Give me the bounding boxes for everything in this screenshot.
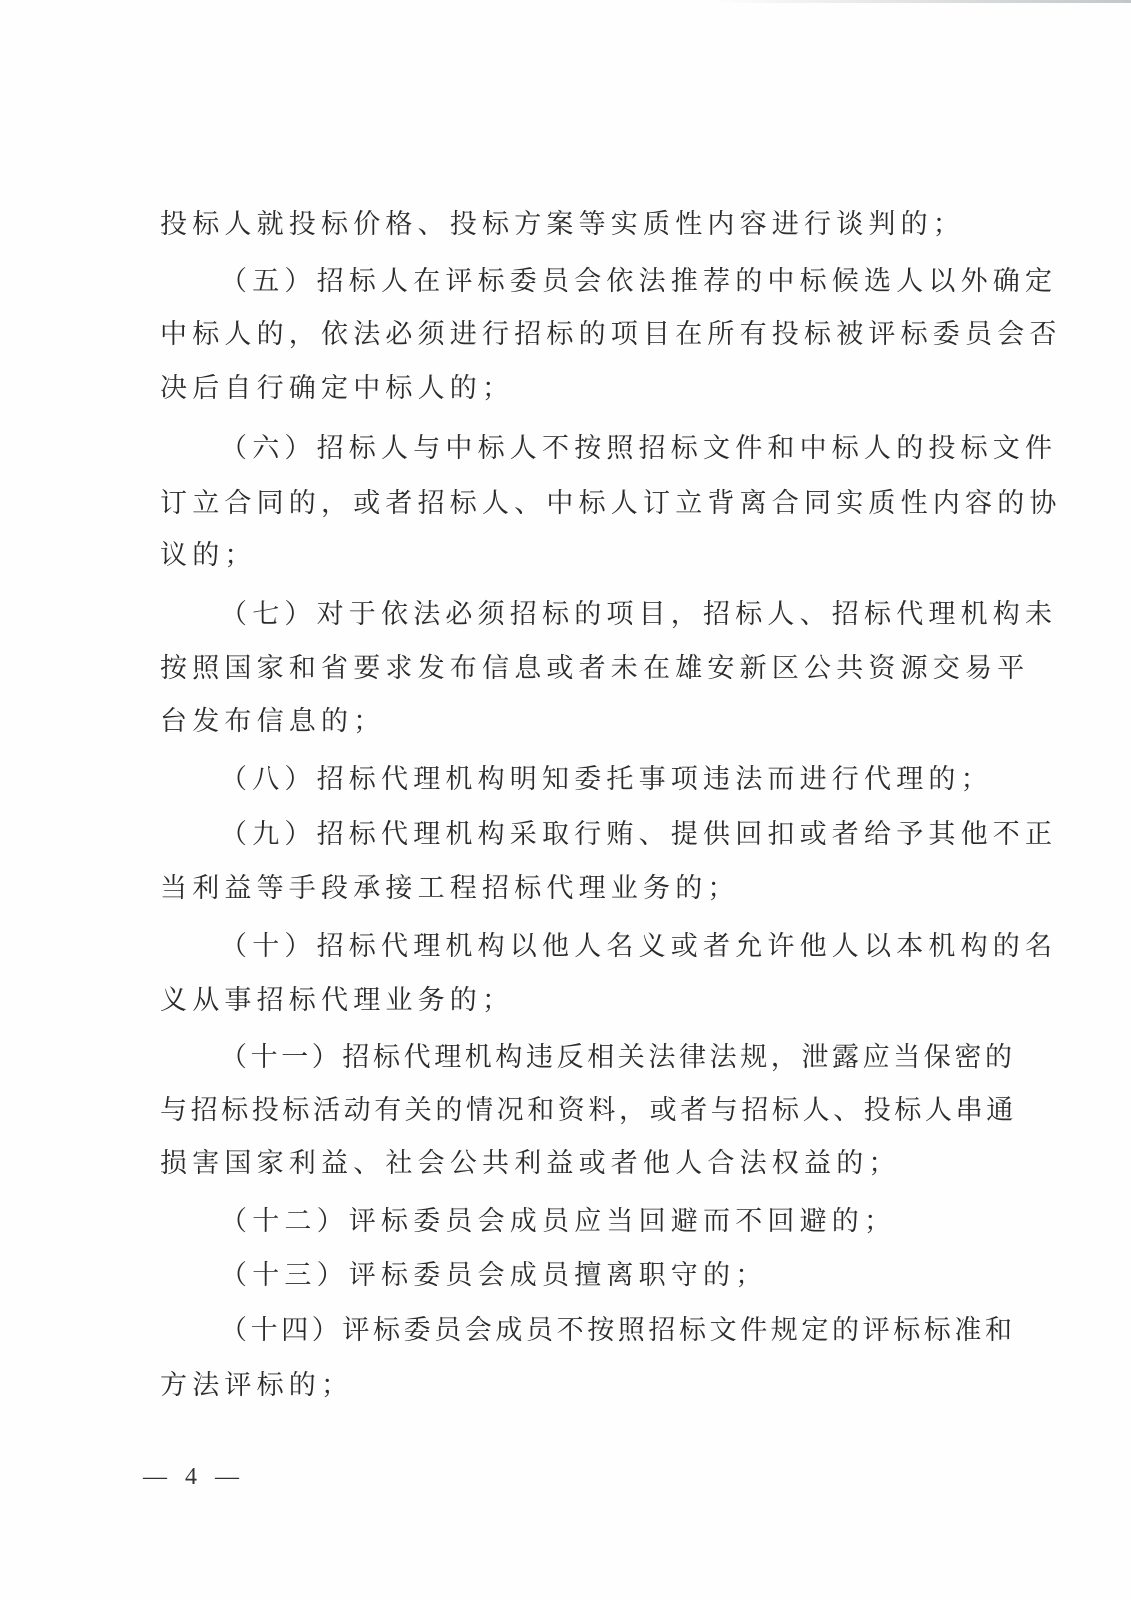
- item-7-line-3: 台发布信息的；: [160, 705, 990, 739]
- item-10-line-1: （十）招标代理机构以他人名义或者允许他人以本机构的名: [220, 930, 1050, 964]
- item-13-line-1: （十三）评标委员会成员擅离职守的；: [220, 1259, 1050, 1293]
- page-number: — 4 —: [143, 1462, 245, 1492]
- item-11-line-3: 损害国家利益、社会公共利益或者他人合法权益的；: [160, 1147, 990, 1181]
- item-10-line-2: 义从事招标代理业务的；: [160, 984, 990, 1018]
- item-7-line-2: 按照国家和省要求发布信息或者未在雄安新区公共资源交易平: [160, 652, 990, 686]
- document-page: 投标人就投标价格、投标方案等实质性内容进行谈判的； （五）招标人在评标委员会依法…: [0, 0, 1131, 1600]
- text-line-continuation: 投标人就投标价格、投标方案等实质性内容进行谈判的；: [160, 208, 990, 242]
- item-6-line-2: 订立合同的，或者招标人、中标人订立背离合同实质性内容的协: [160, 487, 990, 521]
- item-11-line-2: 与招标投标活动有关的情况和资料，或者与招标人、投标人串通: [160, 1094, 990, 1128]
- item-6-line-3: 议的；: [160, 539, 990, 573]
- item-9-line-1: （九）招标代理机构采取行贿、提供回扣或者给予其他不正: [220, 818, 1050, 852]
- item-6-line-1: （六）招标人与中标人不按照招标文件和中标人的投标文件: [220, 432, 1050, 466]
- scan-edge-shadow: [711, 0, 1131, 3]
- item-5-line-3: 决后自行确定中标人的；: [160, 372, 990, 406]
- item-9-line-2: 当利益等手段承接工程招标代理业务的；: [160, 872, 990, 906]
- item-5-line-1: （五）招标人在评标委员会依法推荐的中标候选人以外确定: [220, 265, 1050, 299]
- item-8-line-1: （八）招标代理机构明知委托事项违法而进行代理的；: [220, 763, 1050, 797]
- item-5-line-2: 中标人的，依法必须进行招标的项目在所有投标被评标委员会否: [160, 318, 990, 352]
- item-12-line-1: （十二）评标委员会成员应当回避而不回避的；: [220, 1205, 1050, 1239]
- item-11-line-1: （十一）招标代理机构违反相关法律法规，泄露应当保密的: [220, 1041, 1050, 1075]
- item-7-line-1: （七）对于依法必须招标的项目，招标人、招标代理机构未: [220, 598, 1050, 632]
- item-14-line-1: （十四）评标委员会成员不按照招标文件规定的评标标准和: [220, 1314, 1050, 1348]
- item-14-line-2: 方法评标的；: [160, 1369, 990, 1403]
